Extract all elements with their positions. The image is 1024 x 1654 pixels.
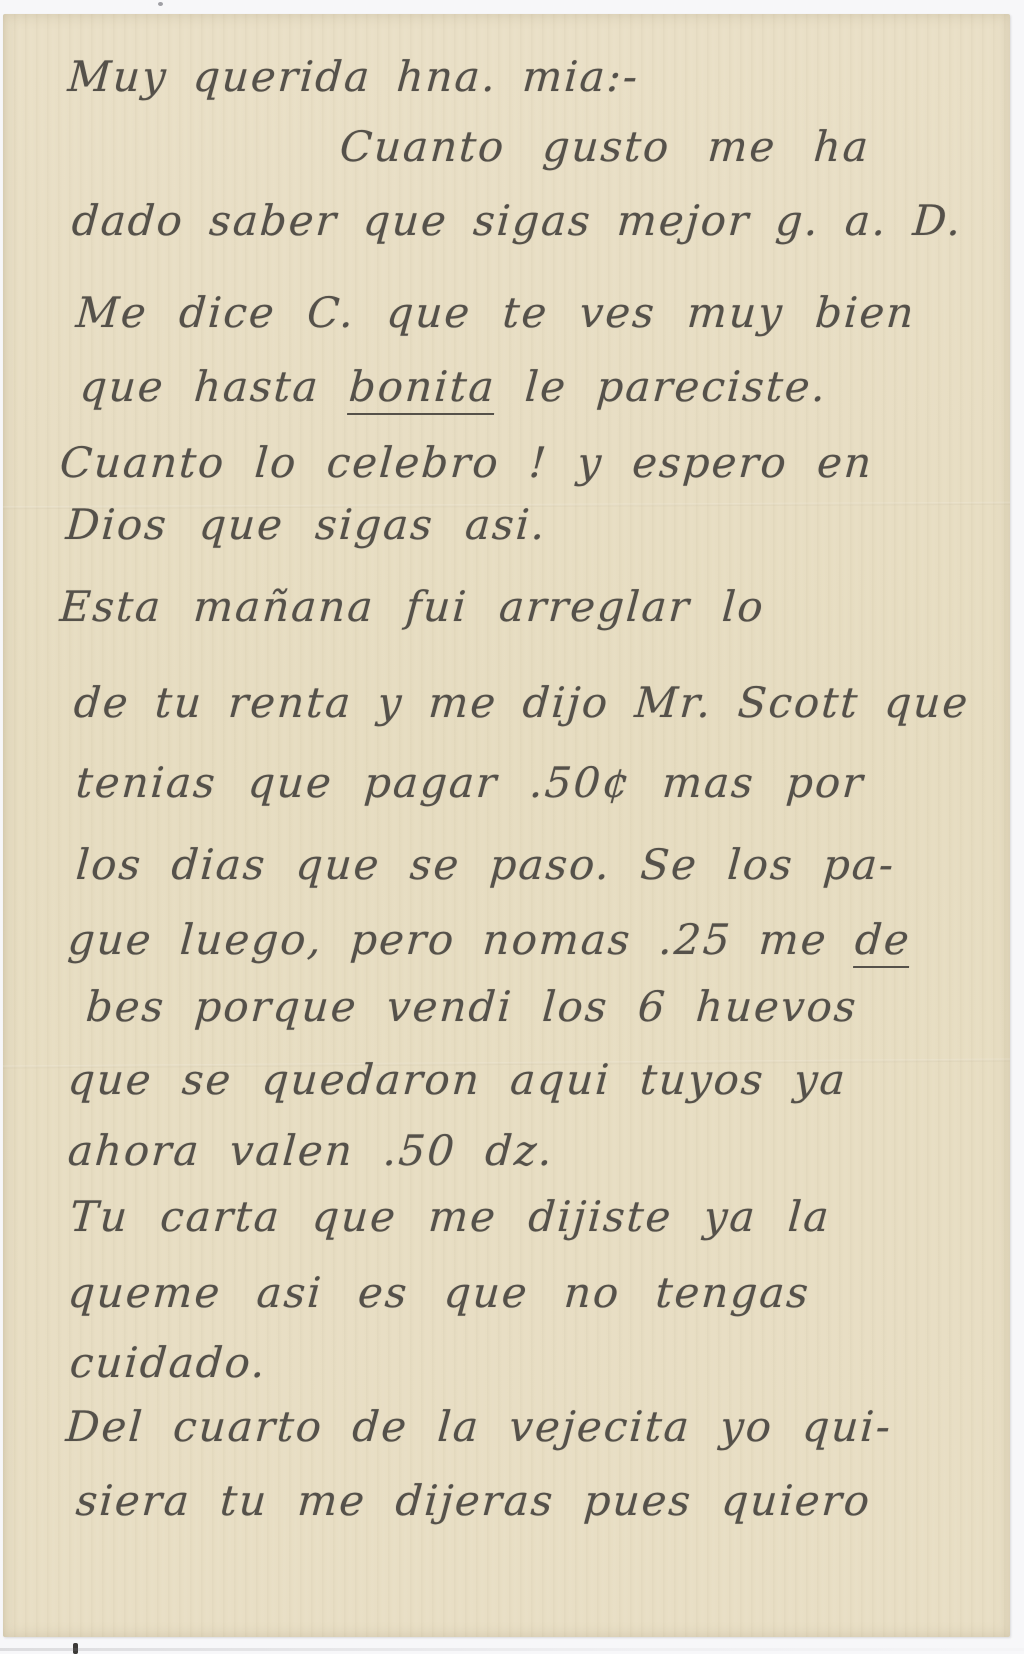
letter-line: Tu carta que me dijiste ya la	[68, 1192, 832, 1241]
letter-line: Cuanto gusto me ha	[338, 122, 871, 171]
letter-line: Dios que sigas asi.	[64, 500, 548, 549]
letter-line: siera tu me dijeras pues quiero	[74, 1476, 873, 1525]
letter-line-salutation: Muy querida hna. mia:-	[66, 52, 641, 101]
underlined-word: de	[853, 915, 912, 968]
letter-line: Me dice C. que te ves muy bien	[74, 288, 917, 337]
letter-line-text: gue luego, pero nomas .25 me	[66, 915, 857, 964]
letter-line: los dias que se paso. Se los pa-	[74, 840, 897, 889]
letter-line-text: que hasta	[78, 362, 350, 411]
letter-line: queme asi es que no tengas	[66, 1268, 811, 1317]
letter-line: cuidado.	[68, 1338, 268, 1387]
letter-line: dado saber que sigas mejor g. a. D.	[70, 196, 964, 245]
letter-line: ahora valen .50 dz.	[66, 1126, 555, 1175]
scan-edge-smudge	[0, 1648, 1024, 1651]
letter-line: Del cuarto de la vejecita yo qui-	[64, 1402, 893, 1451]
underlined-word: bonita	[347, 362, 497, 415]
scanned-letter-page: Muy querida hna. mia:- Cuanto gusto me h…	[0, 0, 1024, 1654]
letter-line-text: le pareciste.	[494, 362, 829, 411]
letter-line: gue luego, pero nomas .25 me de	[66, 915, 912, 964]
letter-line: bes porque vendi los 6 huevos	[84, 982, 859, 1031]
letter-line: Cuanto lo celebro ! y espero en	[58, 438, 875, 487]
letter-line: tenias que pagar .50¢ mas por	[74, 758, 866, 807]
letter-line: que hasta bonita le pareciste.	[78, 362, 829, 411]
letter-line: que se quedaron aqui tuyos ya	[66, 1055, 848, 1104]
scan-speck	[158, 2, 163, 6]
letter-line: de tu renta y me dijo Mr. Scott que	[72, 678, 971, 727]
letter-paper	[3, 14, 1010, 1637]
letter-line: Esta mañana fui arreglar lo	[58, 582, 766, 631]
